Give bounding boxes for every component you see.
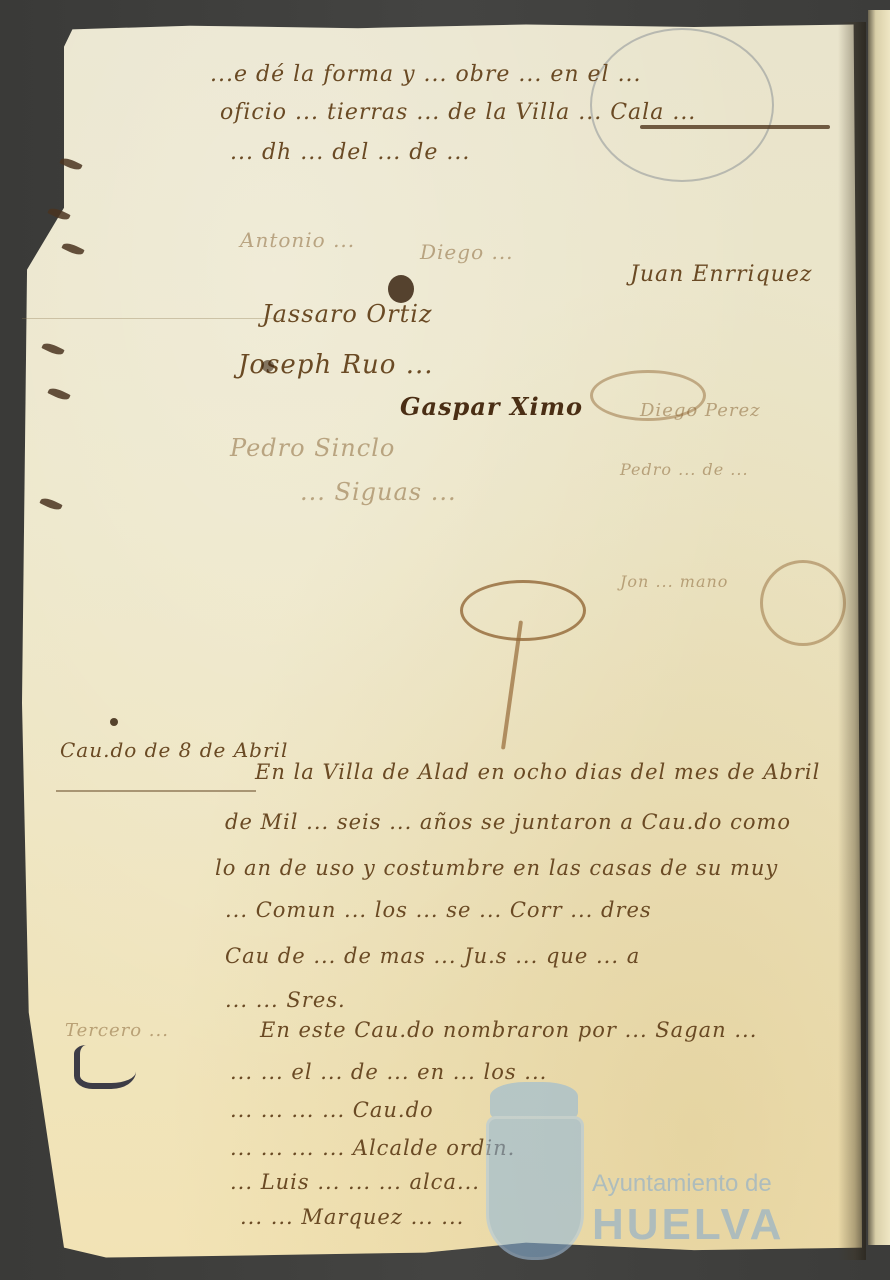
header-line: ... dh ... del ... de ... <box>230 140 470 165</box>
signature: Juan Enrriquez <box>630 262 812 287</box>
pen-stroke <box>640 125 830 129</box>
signature: Pedro Sinclo <box>230 434 395 462</box>
signature: Jon ... mano <box>620 572 728 591</box>
crown-icon <box>490 1082 578 1118</box>
body-line: ... ... Marquez ... ... <box>240 1205 464 1229</box>
signature: ... Siguas ... <box>300 478 457 506</box>
page-fold-line <box>22 318 282 319</box>
coat-of-arms-icon <box>486 1116 584 1260</box>
body-line: ... ... Sres. <box>225 988 346 1012</box>
watermark-line2: HUELVA <box>592 1200 784 1250</box>
signature-flourish <box>760 560 846 646</box>
signature: Jassaro Ortiz <box>262 300 433 328</box>
body-line: En este Cau.do nombraron por ... Sagan .… <box>260 1018 757 1042</box>
left-margin-note: Tercero ... <box>65 1020 169 1041</box>
signature: Antonio ... <box>240 228 355 252</box>
binding-gutter <box>838 22 866 1260</box>
body-line: Cau de ... de mas ... Ju.s ... que ... a <box>225 944 640 968</box>
watermark-line1: Ayuntamiento de <box>592 1170 772 1198</box>
adjacent-page-edge <box>868 10 890 1245</box>
signature-flourish <box>460 580 586 641</box>
body-line: En la Villa de Alad en ocho dias del mes… <box>255 760 820 784</box>
body-line: ... Comun ... los ... se ... Corr ... dr… <box>225 898 652 922</box>
marginal-note-underline <box>56 790 256 792</box>
huelva-watermark: Ayuntamiento de HUELVA <box>480 1080 840 1260</box>
body-line: ... ... ... ... Cau.do <box>230 1098 434 1122</box>
signature: Pedro ... de ... <box>620 460 749 479</box>
body-line: ... Luis ... ... ... alca... <box>230 1170 480 1194</box>
ink-blot <box>110 718 118 726</box>
signature-flourish <box>590 370 706 421</box>
ink-blot <box>262 360 274 372</box>
signature: Diego ... <box>420 240 514 264</box>
ink-blot <box>388 275 414 303</box>
signature: Gaspar Ximo <box>400 392 583 421</box>
body-line: ... ... ... ... Alcalde ordin. <box>230 1136 515 1160</box>
marginal-note: Cau.do de 8 de Abril <box>60 738 288 762</box>
body-line: lo an de uso y costumbre en las casas de… <box>215 856 778 880</box>
header-line: oficio ... tierras ... de la Villa ... C… <box>220 100 696 125</box>
header-line: ...e dé la forma y ... obre ... en el ..… <box>210 62 642 87</box>
body-line: de Mil ... seis ... años se juntaron a C… <box>225 810 791 834</box>
